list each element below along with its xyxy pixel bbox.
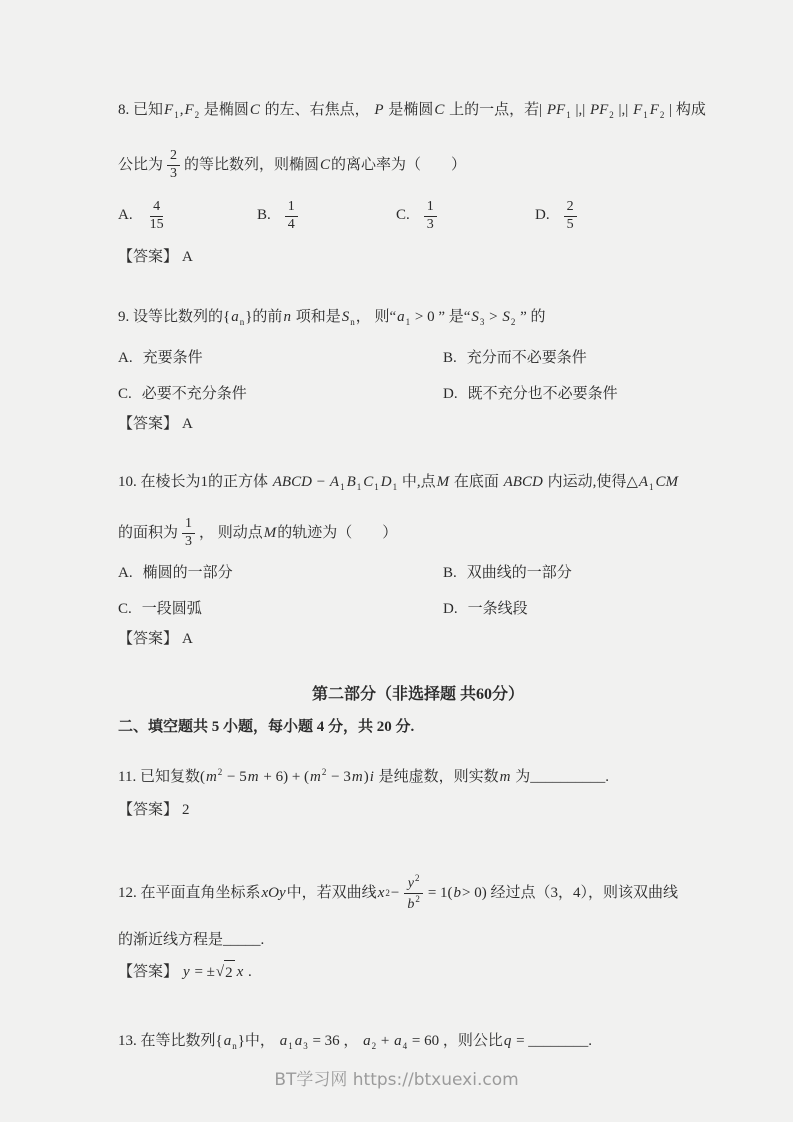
answer-value: A: [182, 416, 193, 432]
option-d: D.25: [535, 199, 718, 232]
option-c-label: C.: [396, 207, 410, 223]
question-13: 13. 在等比数列{an}中， a1a3 = 36 ， a2 + a4 = 60…: [118, 1029, 718, 1058]
option-c: C.13: [396, 199, 535, 232]
section-heading: 第二部分（非选择题 共60分）: [118, 683, 718, 707]
option-a-label: A.: [118, 565, 133, 581]
question-8: 8. 已知F1,F2 是椭圆C 的左、右焦点， P 是椭圆C 上的一点，若| P…: [118, 98, 718, 269]
question-9-line-1: 9. 设等比数列的{an}的前n 项和是Sn， 则“a1 > 0 ” 是“S3 …: [118, 305, 718, 334]
option-b: B.14: [257, 199, 396, 232]
option-c-value: 一段圆弧: [142, 601, 202, 617]
option-a-value: 415: [143, 207, 171, 223]
section-subheading: 二、填空题共 5 小题，每小题 4 分，共 20 分.: [118, 715, 718, 739]
question-13-line-1: 13. 在等比数列{an}中， a1a3 = 36 ， a2 + a4 = 60…: [118, 1029, 718, 1058]
question-10-line-1: 10. 在棱长为1的正方体 ABCD − A1B1C1D1 中,点M 在底面 A…: [118, 470, 718, 499]
question-9: 9. 设等比数列的{an}的前n 项和是Sn， 则“a1 > 0 ” 是“S3 …: [118, 305, 718, 436]
option-d-label: D.: [443, 601, 458, 617]
option-c-value: 13: [420, 207, 441, 223]
option-a-value: 椭圆的一部分: [143, 565, 233, 581]
option-c: C.必要不充分条件: [118, 382, 443, 406]
answer-value: 2: [182, 802, 190, 818]
option-b-value: 14: [281, 207, 302, 223]
option-a-label: A.: [118, 207, 133, 223]
question-11-line-1: 11. 已知复数(m2 − 5m + 6) + (m2 − 3m)i 是纯虚数，…: [118, 757, 718, 792]
question-12-line-1: 12. 在平面直角坐标系xOy 中，若双曲线x2 − y2b2 = 1(b > …: [118, 868, 718, 918]
option-d-value: 25: [560, 207, 581, 223]
option-c-label: C.: [118, 601, 132, 617]
answer-label: 【答案】: [118, 416, 178, 432]
question-10-line-2: 的面积为13， 则动点M 的轨迹为（ ）: [118, 509, 718, 557]
question-12-line-2: 的渐近线方程是_____.: [118, 928, 718, 952]
option-b-value: 双曲线的一部分: [467, 565, 572, 581]
option-c: C.一段圆弧: [118, 597, 443, 621]
option-a: A.充要条件: [118, 346, 443, 370]
option-b: B.双曲线的一部分: [443, 561, 718, 585]
option-b-value: 充分而不必要条件: [467, 350, 587, 366]
question-9-options: A.充要条件 B.充分而不必要条件 C.必要不充分条件 D.既不充分也不必要条件: [118, 346, 718, 406]
question-12: 12. 在平面直角坐标系xOy 中，若双曲线x2 − y2b2 = 1(b > …: [118, 868, 718, 985]
option-d-label: D.: [535, 207, 550, 223]
answer-value: A: [182, 249, 193, 265]
option-c-label: C.: [118, 386, 132, 402]
question-8-options: A.415 B.14 C.13 D.25: [118, 193, 718, 239]
option-a: A.椭圆的一部分: [118, 561, 443, 585]
question-10: 10. 在棱长为1的正方体 ABCD − A1B1C1D1 中,点M 在底面 A…: [118, 470, 718, 651]
option-b-label: B.: [443, 565, 457, 581]
option-b: B.充分而不必要条件: [443, 346, 718, 370]
option-d: D.既不充分也不必要条件: [443, 382, 718, 406]
footer-watermark: BT学习网 https://btxuexi.com: [0, 1065, 793, 1090]
question-8-line-1: 8. 已知F1,F2 是椭圆C 的左、右焦点， P 是椭圆C 上的一点，若| P…: [118, 98, 718, 127]
question-10-options: A.椭圆的一部分 B.双曲线的一部分 C.一段圆弧 D.一条线段: [118, 561, 718, 621]
answer-label: 【答案】: [118, 802, 178, 818]
option-d-value: 一条线段: [468, 601, 528, 617]
answer-value: y = ±√2x .: [182, 964, 252, 980]
option-a-label: A.: [118, 350, 133, 366]
option-c-value: 必要不充分条件: [142, 386, 247, 402]
answer-label: 【答案】: [118, 631, 178, 647]
question-10-answer: 【答案】A: [118, 627, 718, 651]
question-9-answer: 【答案】A: [118, 412, 718, 436]
question-11: 11. 已知复数(m2 − 5m + 6) + (m2 − 3m)i 是纯虚数，…: [118, 757, 718, 822]
question-8-answer: 【答案】A: [118, 245, 718, 269]
answer-label: 【答案】: [118, 964, 178, 980]
option-a: A.415: [118, 199, 257, 232]
option-d-value: 既不充分也不必要条件: [468, 386, 618, 402]
option-a-value: 充要条件: [143, 350, 203, 366]
question-8-line-2: 公比为23的等比数列，则椭圆C 的离心率为（ ）: [118, 141, 718, 189]
option-b-label: B.: [443, 350, 457, 366]
question-11-answer: 【答案】2: [118, 798, 718, 822]
exam-page: 8. 已知F1,F2 是椭圆C 的左、右焦点， P 是椭圆C 上的一点，若| P…: [0, 0, 793, 1122]
answer-label: 【答案】: [118, 249, 178, 265]
option-d: D.一条线段: [443, 597, 718, 621]
option-b-label: B.: [257, 207, 271, 223]
answer-value: A: [182, 631, 193, 647]
question-12-answer: 【答案】y = ±√2x .: [118, 960, 718, 985]
option-d-label: D.: [443, 386, 458, 402]
